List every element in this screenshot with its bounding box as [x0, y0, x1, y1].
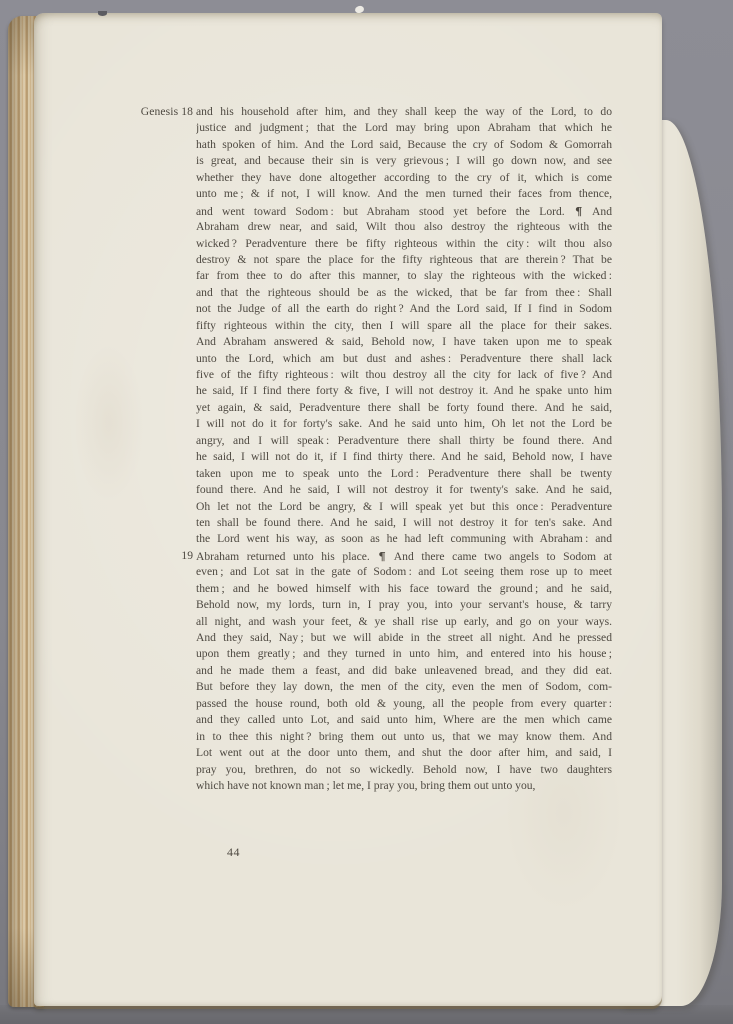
text-line: ten shall be found there. And he said, I… [196, 515, 612, 531]
text-line: justice and judgment ; that the Lord may… [196, 120, 612, 136]
text-line: far from thee to do after this manner, t… [196, 268, 612, 284]
text-line: And they said, Nay ; but we will abide i… [196, 630, 612, 646]
text-line: Oh let not the Lord be angry, & I will s… [196, 499, 612, 515]
text-line: not the Judge of all the earth do right … [196, 301, 612, 317]
text-line: and he made them a feast, and did bake u… [196, 663, 612, 679]
text-line: which have not known man ; let me, I pra… [196, 778, 612, 794]
text-line: all night, and wash your feet, & ye shal… [196, 614, 612, 630]
scripture-text-block: and his household after him, and they sh… [196, 104, 612, 794]
text-line: whether they have done altogether accord… [196, 170, 612, 186]
text-line: passed the house round, both old & young… [196, 696, 612, 712]
text-line: he said, I will not do it, if I find thi… [196, 449, 612, 465]
text-line: found there. And he said, I will not des… [196, 482, 612, 498]
photo-backdrop: Genesis 18 19 and his household after hi… [0, 0, 733, 1024]
text-line: Lot went out at the door unto them, and … [196, 745, 612, 761]
text-line: yet again, & said, Peradventure there sh… [196, 400, 612, 416]
paper-blemish [74, 343, 144, 503]
text-line: Abraham returned unto his place. ¶ And t… [196, 548, 612, 564]
text-line: pray you, brethren, do not so wickedly. … [196, 762, 612, 778]
text-line: Abraham drew near, and said, Wilt thou a… [196, 219, 612, 235]
text-line: Behold now, my lords, turn in, I pray yo… [196, 597, 612, 613]
text-line: But before they lay down, the men of the… [196, 679, 612, 695]
chapter-number-19: 19 [138, 548, 193, 564]
text-line: unto the Lord, which am but dust and ash… [196, 351, 612, 367]
text-line: and his household after him, and they sh… [196, 104, 612, 120]
text-line: them ; and he bowed himself with his fac… [196, 581, 612, 597]
top-edge-mark [98, 11, 107, 16]
pilcrow-mark: ¶ [377, 549, 386, 563]
text-line: I will not do it for forty's sake. And h… [196, 416, 612, 432]
book-page: Genesis 18 19 and his household after hi… [34, 13, 662, 1006]
text-line: in to thee this night ? bring them out u… [196, 729, 612, 745]
text-line: the Lord went his way, as soon as he had… [196, 531, 612, 547]
text-line: angry, and I will speak : Peradventure t… [196, 433, 612, 449]
text-line: fifty righteous within the city, then I … [196, 318, 612, 334]
text-line: And Abraham answered & said, Behold now,… [196, 334, 612, 350]
text-line: and went toward Sodom : but Abraham stoo… [196, 203, 612, 219]
text-line: he said, If I find there forty & five, I… [196, 383, 612, 399]
text-line: wicked ? Peradventure there be fifty rig… [196, 236, 612, 252]
text-line: even ; and Lot sat in the gate of Sodom … [196, 564, 612, 580]
text-line: unto me ; & if not, I will know. And the… [196, 186, 612, 202]
text-line: and they called unto Lot, and said unto … [196, 712, 612, 728]
text-line: taken upon me to speak unto the Lord : P… [196, 466, 612, 482]
text-line: and that the righteous should be as the … [196, 285, 612, 301]
text-line: hath spoken of him. And the Lord said, B… [196, 137, 612, 153]
table-surface [0, 1005, 733, 1024]
pilcrow-mark: ¶ [574, 204, 583, 218]
text-line: is great, and because their sin is very … [196, 153, 612, 169]
text-line: five of the fifty righteous : wilt thou … [196, 367, 612, 383]
margin-heading-genesis-18: Genesis 18 [100, 104, 193, 120]
text-line: upon them greatly ; and they turned in u… [196, 646, 612, 662]
text-line: destroy & not spare the place for the fi… [196, 252, 612, 268]
page-number: 44 [227, 845, 240, 860]
